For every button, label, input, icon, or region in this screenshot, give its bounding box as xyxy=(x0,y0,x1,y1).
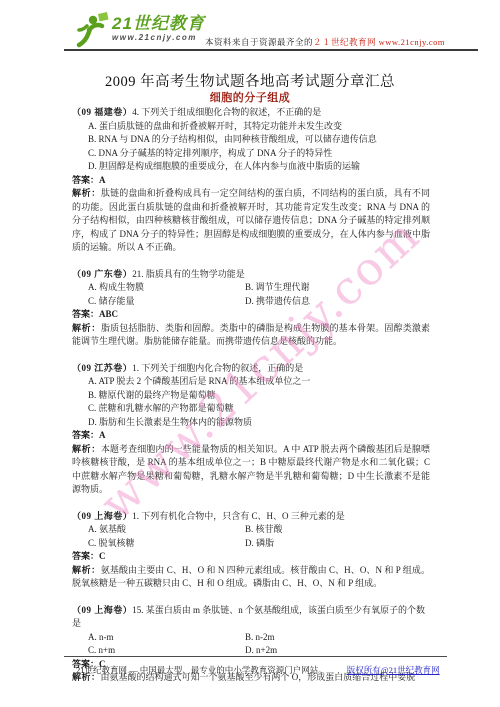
question-block-1: （09 福建卷）4. 下列关于组成细胞化合物的叙述，不正确的是 A. 蛋白质肽链… xyxy=(72,106,430,255)
answer-label: 答案： xyxy=(72,175,99,185)
analysis-label: 解析： xyxy=(72,444,101,454)
options-list: A. ATP 脱去 2 个磷酸基团后是 RNA 的基本组成单位之一 B. 糖原代… xyxy=(72,375,430,429)
analysis-label: 解析： xyxy=(72,565,101,575)
answer-line: 答案：ABC xyxy=(72,308,430,322)
options-list: A. 蛋白质肽链的盘曲和折叠被解开时，其特定功能并未发生改变 B. RNA 与 … xyxy=(72,120,430,174)
option-a: A. 蛋白质肽链的盘曲和折叠被解开时，其特定功能并未发生改变 xyxy=(88,120,430,134)
option-c: C. 脱氧核糖 xyxy=(88,537,245,551)
header-notice: 本资料来自于资源最齐全的２１世纪教育网 www.21cnjy.com xyxy=(205,36,445,48)
notice-site-link[interactable]: ２１世纪教育网 www.21cnjy.com xyxy=(313,37,445,47)
answer-label: 答案： xyxy=(72,551,99,561)
analysis-text: 肽链的盘曲和折叠构成具有一定空间结构的蛋白质，不同结构的蛋白质，具有不同的功能。… xyxy=(72,188,430,252)
question-source-tag: （09 上海卷） xyxy=(72,605,132,615)
page-title: 2009 年高考生物试题各地高考试题分章汇总 xyxy=(0,70,500,91)
option-c: C. 蔗糖和乳糖水解的产物都是葡萄糖 xyxy=(88,402,430,416)
question-text: 1. 下列有机化合物中，只含有 C、H、O 三种元素的是 xyxy=(132,511,345,521)
answer-label: 答案： xyxy=(72,430,99,440)
question-block-2: （09 广东卷）21. 脂质具有的生物学功能是 A. 构成生物膜 B. 调节生理… xyxy=(72,268,430,349)
option-a: A. n-m xyxy=(88,631,245,645)
option-c: C. DNA 分子碱基的特定排列顺序，构成了 DNA 分子的特异性 xyxy=(88,147,430,161)
question-stem: （09 福建卷）4. 下列关于组成细胞化合物的叙述，不正确的是 xyxy=(72,106,430,120)
chapter-subtitle: 细胞的分子组成 xyxy=(0,89,500,105)
answer-line: 答案：C xyxy=(72,550,430,564)
logo-runner-icon xyxy=(74,12,110,48)
question-stem: （09 上海卷）15. 某蛋白质由 m 条肽链、n 个氨基酸组成，该蛋白质至少有… xyxy=(72,604,430,631)
answer-value: A xyxy=(99,430,106,440)
option-c: C. 储存能量 xyxy=(88,295,245,309)
document-page: 21世纪教育 www.21cnjy.com 本资料来自于资源最齐全的２１世纪教育… xyxy=(0,0,500,707)
analysis-paragraph: 解析：脂质包括脂肪、类脂和固醇。类脂中的磷脂是构成生物膜的基本骨架。固醇类激素能… xyxy=(72,322,430,349)
logo-text-block: 21世纪教育 www.21cnjy.com xyxy=(112,15,205,43)
question-source-tag: （09 广东卷） xyxy=(72,269,132,279)
options-list: A. 构成生物膜 B. 调节生理代谢 C. 储存能量 D. 携带遗传信息 xyxy=(72,281,430,308)
option-b: B. RNA 与 DNA 的分子结构相似，由同种核苷酸组成，可以储存遗传信息 xyxy=(88,133,430,147)
question-stem: （09 广东卷）21. 脂质具有的生物学功能是 xyxy=(72,268,430,282)
analysis-paragraph: 解析：本题考查细胞内的一些能量物质的相关知识。A 中 ATP 脱去两个磷酸基团后… xyxy=(72,443,430,497)
site-logo: 21世纪教育 www.21cnjy.com xyxy=(74,12,205,48)
question-source-tag: （09 福建卷） xyxy=(72,107,132,117)
footer-copyright-link[interactable]: 版权所有@21世纪教育网 xyxy=(347,664,440,676)
option-a: A. 构成生物膜 xyxy=(88,281,245,295)
header-divider xyxy=(64,49,478,51)
answer-value: A xyxy=(99,175,106,185)
answer-line: 答案：A xyxy=(72,429,430,443)
analysis-text: 氨基酸由主要由 C、H、O 和 N 四种元素组成。核苷酸由 C、H、O、N 和 … xyxy=(72,565,430,589)
document-body: （09 福建卷）4. 下列关于组成细胞化合物的叙述，不正确的是 A. 蛋白质肽链… xyxy=(72,106,430,698)
option-d: D. 携带遗传信息 xyxy=(245,295,430,309)
option-b: B. n-2m xyxy=(245,631,430,645)
answer-value: ABC xyxy=(99,309,118,319)
question-block-4: （09 上海卷）1. 下列有机化合物中，只含有 C、H、O 三种元素的是 A. … xyxy=(72,510,430,591)
analysis-text: 脂质包括脂肪、类脂和固醇。类脂中的磷脂是构成生物膜的基本骨架。固醇类激素能调节生… xyxy=(72,323,430,347)
answer-line: 答案：A xyxy=(72,174,430,188)
analysis-paragraph: 解析：氨基酸由主要由 C、H、O 和 N 四种元素组成。核苷酸由 C、H、O、N… xyxy=(72,564,430,591)
option-b: B. 糖原代谢的最终产物是葡萄糖 xyxy=(88,389,430,403)
logo-brand-text: 21世纪教育 xyxy=(112,15,205,33)
question-stem: （09 江苏卷）1. 下列关于细胞内化合物的叙述，正确的是 xyxy=(72,362,430,376)
option-a: A. 氨基酸 xyxy=(88,523,245,537)
question-block-3: （09 江苏卷）1. 下列关于细胞内化合物的叙述，正确的是 A. ATP 脱去 … xyxy=(72,362,430,497)
footer-site-text: 21世纪教育网 — 中国最大型、最专业的中小学教育资源门户网站。 xyxy=(76,664,327,676)
option-d: D. 磷脂 xyxy=(245,537,430,551)
option-d: D. 胆固醇是构成细胞膜的重要成分，在人体内参与血液中脂质的运输 xyxy=(88,160,430,174)
options-list: A. 氨基酸 B. 核苷酸 C. 脱氧核糖 D. 磷脂 xyxy=(72,523,430,550)
analysis-text: 本题考查细胞内的一些能量物质的相关知识。A 中 ATP 脱去两个磷酸基团后是腺嘌… xyxy=(72,444,430,495)
options-list: A. n-m B. n-2m C. n+m D. n+2m xyxy=(72,631,430,658)
option-a: A. ATP 脱去 2 个磷酸基团后是 RNA 的基本组成单位之一 xyxy=(88,375,430,389)
analysis-label: 解析： xyxy=(72,323,101,333)
notice-plain-text: 本资料来自于资源最齐全的 xyxy=(205,37,313,47)
question-text: 21. 脂质具有的生物学功能是 xyxy=(132,269,245,279)
question-source-tag: （09 上海卷） xyxy=(72,511,132,521)
option-b: B. 核苷酸 xyxy=(245,523,430,537)
logo-url-text: www.21cnjy.com xyxy=(112,33,205,43)
question-stem: （09 上海卷）1. 下列有机化合物中，只含有 C、H、O 三种元素的是 xyxy=(72,510,430,524)
question-text: 4. 下列关于组成细胞化合物的叙述，不正确的是 xyxy=(132,107,321,117)
question-source-tag: （09 江苏卷） xyxy=(72,363,132,373)
answer-label: 答案： xyxy=(72,309,99,319)
analysis-label: 解析： xyxy=(72,188,101,198)
option-d: D. 脂肪和生长激素是生物体内的能源物质 xyxy=(88,416,430,430)
question-text: 1. 下列关于细胞内化合物的叙述，正确的是 xyxy=(132,363,303,373)
analysis-paragraph: 解析：肽链的盘曲和折叠构成具有一定空间结构的蛋白质，不同结构的蛋白质，具有不同的… xyxy=(72,187,430,255)
option-b: B. 调节生理代谢 xyxy=(245,281,430,295)
answer-value: C xyxy=(99,551,106,561)
footer-divider xyxy=(64,656,447,657)
page-footer: 21世纪教育网 — 中国最大型、最专业的中小学教育资源门户网站。 版权所有@21… xyxy=(76,664,440,676)
